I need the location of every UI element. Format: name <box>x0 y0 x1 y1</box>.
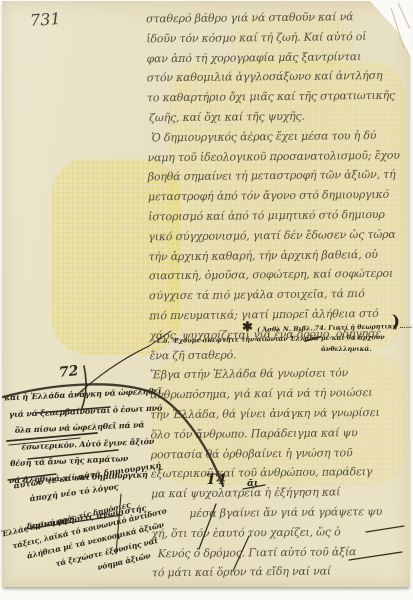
manuscript-line: Ἔβγα στήν Ἑλλάδα θά γνωρίσει τόν <box>150 363 412 386</box>
manuscript-line: ζωῆς, καί ὄχι καί τῆς ψυχῆς. <box>147 106 409 129</box>
manuscript-line: βοηθά σημαίνει τή μεταστροφή τῶν ἀξιῶν, … <box>148 165 410 188</box>
manuscript-scan: 731 72 σταθερό βάθρο γιά νά σταθοῦν καί … <box>0 0 413 600</box>
manuscript-line: ἐξωτερικοῦ καί τοῦ ἀνθρώπου, παράδειγ <box>151 462 413 485</box>
manuscript-line: φαν ἀπό τή χορογραφία μᾶς ξαντρίνται <box>146 46 408 69</box>
page-number: 731 <box>29 9 61 30</box>
manuscript-line: σιαστική, ὁμοῦσα, σοφώτερη, καί σοφώτερο… <box>149 264 411 287</box>
insertion-t-mark: Τ4 <box>206 472 226 488</box>
manuscript-line: γικό σύγχρονισμό, γιατί δέν ἔδωσεν ὡς τώ… <box>148 224 410 247</box>
manuscript-line: το καθαρτήριο ὄχι μιᾶς καί τῆς στρατιωτι… <box>147 86 409 109</box>
manuscript-line: τό μάτι καί ὅριον τά εἴδη ναί ναί <box>152 561 413 584</box>
margin-section-number: 72 <box>58 363 79 381</box>
manuscript-line: ὅλο τόν ἄνθρωπο. Παράδειγμα καί ψυ <box>150 422 412 445</box>
struck-letters: ᾱι <box>247 479 258 489</box>
manuscript-line: τήν ἀρχική καθαρή, τήν ἀρχική βαθειά, οὐ <box>148 244 410 267</box>
interlinear-note-2: ἀνθελληνικά. <box>321 345 372 353</box>
manuscript-line: ἰδοῦν τόν κόσμο καί τή ζωή. Καί αὐτό οἱ <box>146 26 408 49</box>
manuscript-line: ἀνθρωπόσημα, γιά καί γιά νά τή νοιώσει <box>150 383 412 406</box>
manuscript-line: Ὁ δημιουργικός ἀέρας ἔχει μέσα του ἡ δύ <box>147 125 409 148</box>
manuscript-line: ναμη τοῦ ἰδεολογικοῦ προσανατολισμοῦ; ἔχ… <box>147 145 409 168</box>
manuscript-line: μεταστροφή ἀπό τόν ἄγονο στό δημιουργικό <box>148 185 410 208</box>
manuscript-line: ἱστορισμό καί ἀπό τό μιμητικό στό δημιου… <box>148 205 410 228</box>
manuscript-line: ἕνα ζῆ σταθερό. <box>150 343 412 366</box>
citation-close-paren: ) <box>392 312 400 332</box>
manuscript-line: τήν Ἑλλάδα, θά γίνει ἀνάγκη νά γνωρίσει <box>150 403 412 426</box>
insertion-star-mark: ✱ <box>242 320 253 335</box>
manuscript-line: σύγχισε τά πιό μεγάλα στοιχεῖα, τά πιό <box>149 284 411 307</box>
manuscript-line: στόν καθομιλιά ἀγγλοσάξωνο καί ἀντλήση <box>147 66 409 89</box>
manuscript-line: ροστασία θά ὀρθοβαίνει ἡ γνώση τοῦ <box>151 442 413 465</box>
manuscript-line: σταθερό βάθρο γιά νά σταθοῦν καί νά <box>146 7 408 30</box>
